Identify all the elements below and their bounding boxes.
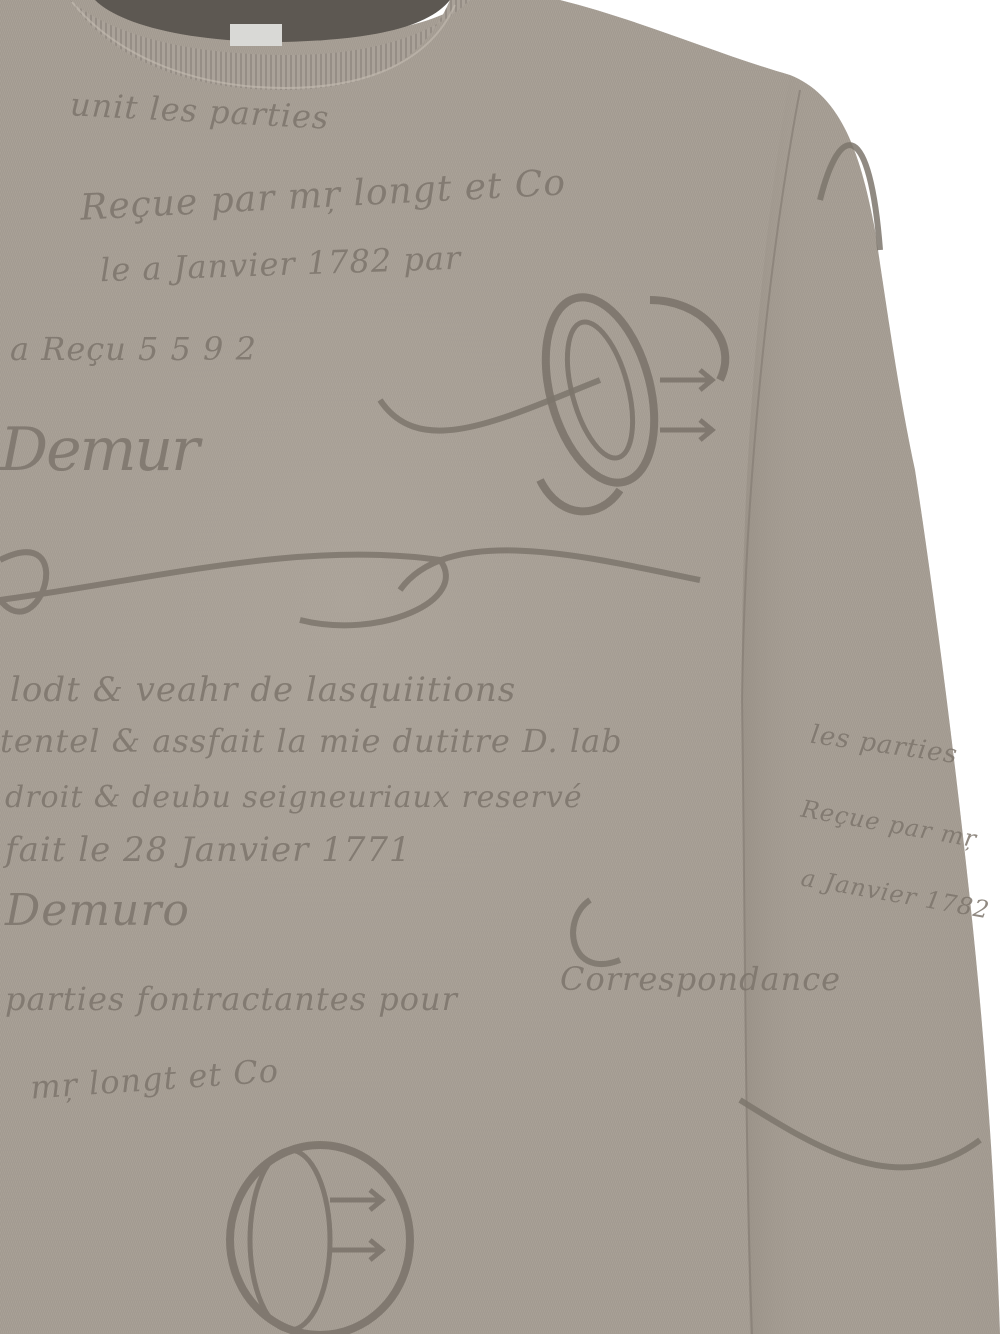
- sweater-illustration: [0, 0, 1000, 1334]
- care-label: [230, 24, 282, 46]
- product-photo: unit les parties Reçue par mŗ longt et C…: [0, 0, 1000, 1334]
